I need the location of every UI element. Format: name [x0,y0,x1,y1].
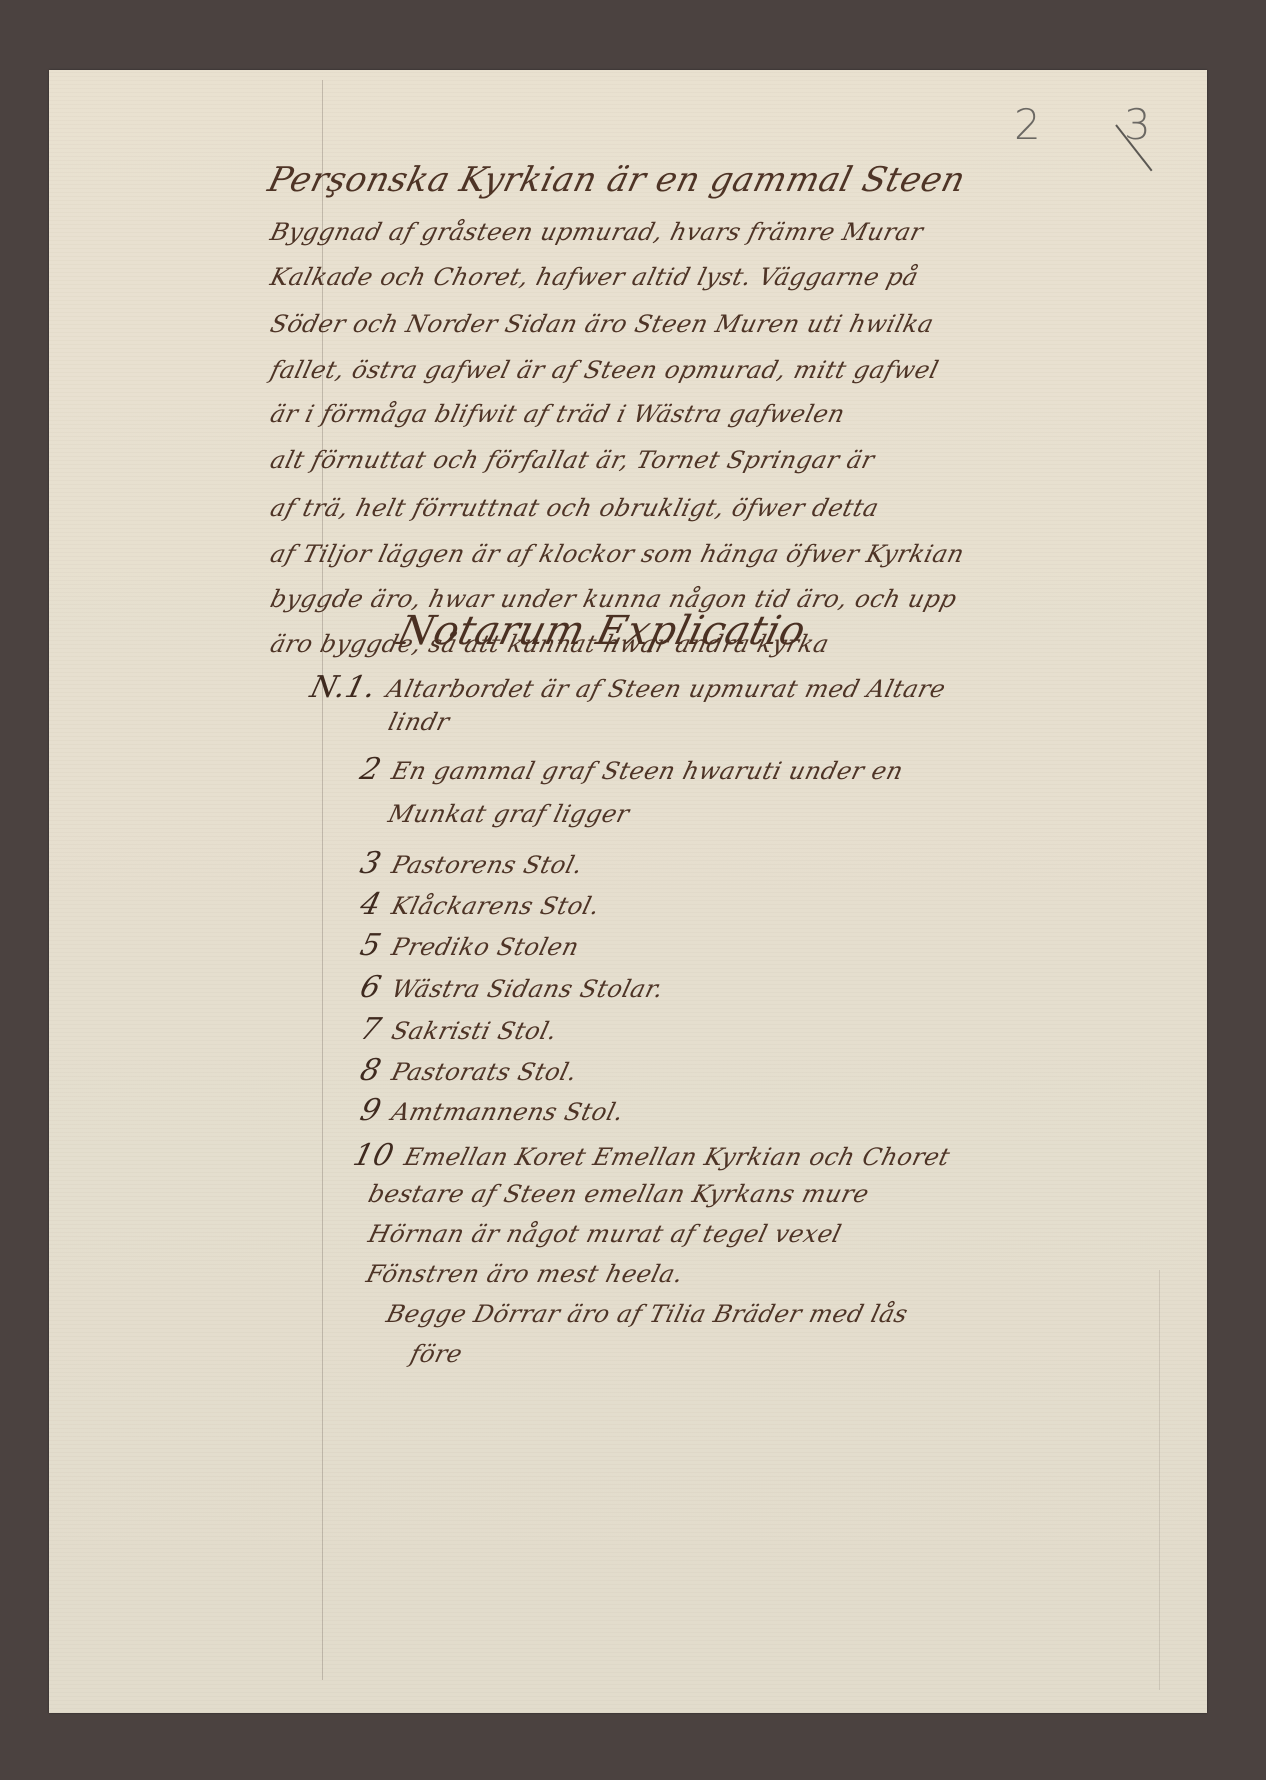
paragraph-line-5: fallet, östra gafwel är af Steen opmurad… [268,356,942,384]
item-text: Amtmannens Stol. [389,1098,627,1126]
paragraph-line-2: Byggnad af gråsteen upmurad, hvars främr… [268,218,927,246]
list-item-7: 7Sakristi Stol. [357,1012,562,1047]
right-edge-rule [1159,1270,1160,1690]
item-number: 7 [357,1012,385,1047]
list-item-5: 5Prediko Stolen [357,928,584,963]
item-number: 2 [357,752,385,787]
list-item-8: 8Pastorats Stol. [357,1053,582,1088]
list-item-6: 6Wästra Sidans Stolar. [357,970,668,1005]
manuscript-page: 2 3 Perşonska Kyrkian är en gammal Steen… [49,70,1207,1713]
list-item-1-continued: lindr [386,708,453,736]
list-item-10-line-6: före [408,1340,466,1368]
folio-number: 2 [1014,100,1041,149]
item-text: Wästra Sidans Stolar. [389,975,667,1003]
item-text: Emellan Koret Emellan Kyrkian och Choret [401,1143,953,1171]
list-item-10: 10Emellan Koret Emellan Kyrkian och Chor… [350,1138,955,1173]
paragraph-line-3: Kalkade och Choret, hafwer altid lyst. V… [268,263,922,291]
paragraph-line-1: Perşonska Kyrkian är en gammal Steen [264,160,970,200]
section-heading: Notarum Explicatio [393,608,810,654]
item-number: 3 [357,846,385,881]
list-item-4: 4Klåckarens Stol. [357,887,604,922]
item-number: 9 [357,1093,385,1128]
folio-number-struck: 3 [1124,100,1151,149]
list-item-10-line-4: Fönstren äro mest heela. [364,1260,687,1288]
item-number: 5 [357,928,385,963]
list-item-10-line-2: bestare af Steen emellan Kyrkans mure [366,1180,873,1208]
list-item-2-continued: Munkat graf ligger [386,800,633,828]
item-text: Pastorens Stol. [389,851,586,879]
list-item-10-line-5: Begge Dörrar äro af Tilia Bräder med lås [384,1300,911,1328]
item-number: N.1. [307,670,380,705]
item-text: Pastorats Stol. [389,1058,580,1086]
list-item-3: 3Pastorens Stol. [357,846,588,881]
item-number: 6 [357,970,385,1005]
paragraph-line-6: är i förmåga blifwit af träd i Wästra ga… [268,400,848,428]
item-text: Klåckarens Stol. [389,892,603,920]
list-item-1: N.1.Altarbordet är af Steen upmurat med … [307,670,950,705]
paragraph-line-9: af Tiljor läggen är af klockor som hänga… [268,540,968,568]
list-item-2: 2En gammal graf Steen hwaruti under en [357,752,908,787]
list-item-9: 9Amtmannens Stol. [357,1093,628,1128]
item-text: Sakristi Stol. [389,1017,561,1045]
paragraph-line-4: Söder och Norder Sidan äro Steen Muren u… [268,310,937,338]
item-text: Prediko Stolen [389,933,582,961]
item-number: 10 [350,1138,398,1173]
item-text: Altarbordet är af Steen upmurat med Alta… [384,675,949,703]
item-number: 8 [357,1053,385,1088]
paragraph-line-8: af trä, helt förruttnat och obrukligt, ö… [268,494,882,522]
item-number: 4 [357,887,385,922]
paragraph-line-7: alt förnuttat och förfallat är, Tornet S… [268,446,878,474]
item-text: En gammal graf Steen hwaruti under en [389,757,907,785]
list-item-10-line-3: Hörnan är något murat af tegel vexel [366,1220,845,1248]
